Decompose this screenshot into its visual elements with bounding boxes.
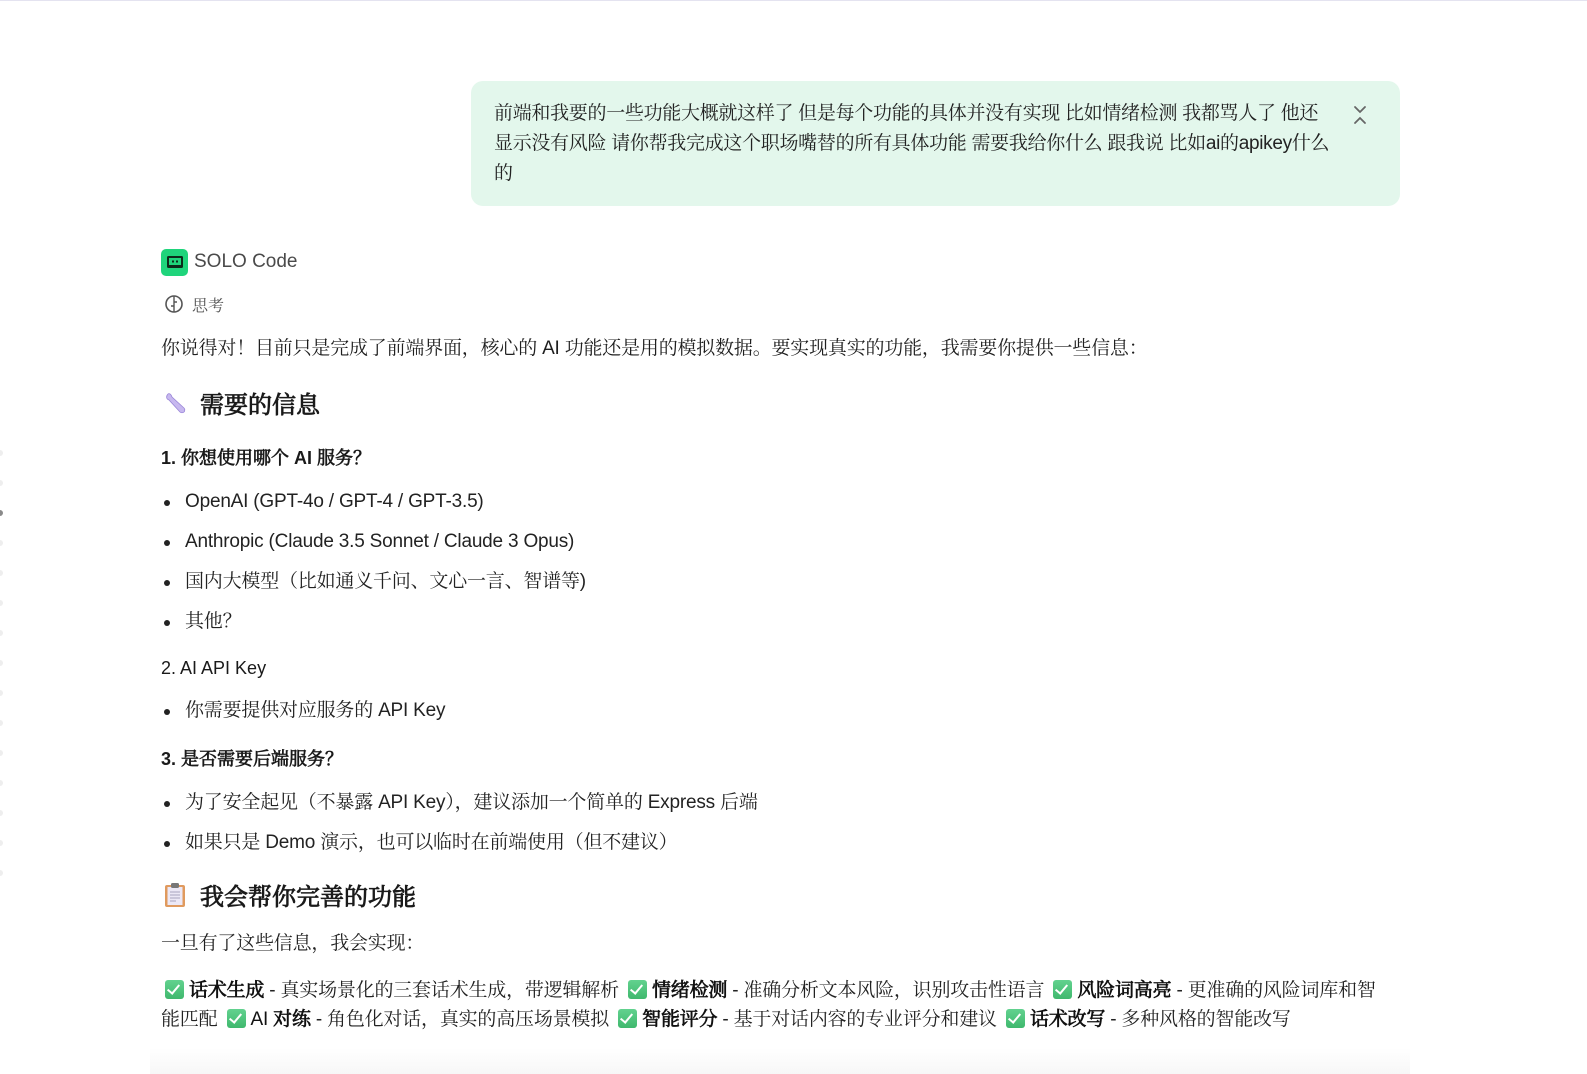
list-item: 其他？ bbox=[161, 608, 1401, 636]
timeline-dot[interactable] bbox=[0, 840, 3, 846]
user-message-bubble: 前端和我要的一些功能大概就这样了 但是每个功能的具体并没有实现 比如情绪检测 我… bbox=[471, 81, 1400, 206]
collapse-icon bbox=[1353, 105, 1367, 125]
timeline-dot[interactable] bbox=[0, 600, 3, 606]
feature-desc: - 基于对话内容的专业评分和建议 bbox=[717, 1009, 997, 1030]
feature-list: 话术生成 - 真实场景化的三套话术生成，带逻辑解析 情绪检测 - 准确分析文本风… bbox=[161, 976, 1386, 1034]
top-border bbox=[0, 0, 1587, 1]
timeline-dot[interactable] bbox=[0, 870, 3, 876]
list-item: OpenAI (GPT-4o / GPT-4 / GPT-3.5) bbox=[161, 488, 1401, 516]
agent-header: SOLO Code bbox=[161, 247, 1401, 277]
feature-name: 话术生成 bbox=[189, 980, 264, 1001]
feature-desc: - 准确分析文本风险，识别攻击性语言 bbox=[727, 980, 1044, 1001]
question-title: 1. 你想使用哪个 AI 服务？ bbox=[161, 444, 1401, 470]
list-item: Anthropic (Claude 3.5 Sonnet / Claude 3 … bbox=[161, 528, 1401, 556]
feature-name: AI 对练 bbox=[251, 1009, 311, 1030]
user-message-text: 前端和我要的一些功能大概就这样了 但是每个功能的具体并没有实现 比如情绪检测 我… bbox=[494, 99, 1330, 189]
question-title: 2. AI API Key bbox=[161, 658, 1401, 679]
timeline-dot[interactable] bbox=[0, 810, 3, 816]
clipboard-icon bbox=[161, 881, 189, 909]
section-heading: 我会帮你完善的功能 bbox=[161, 877, 1401, 912]
check-icon bbox=[227, 1009, 246, 1028]
feature-name-prefix: AI bbox=[251, 1009, 274, 1030]
timeline-dot[interactable] bbox=[0, 690, 3, 696]
list-item: 为了安全起见（不暴露 API Key），建议添加一个简单的 Express 后端 bbox=[161, 789, 1401, 817]
list-item: 你需要提供对应服务的 API Key bbox=[161, 697, 1401, 725]
bottom-fade bbox=[150, 1048, 1410, 1074]
list-item: 国内大模型（比如通义千问、文心一言、智谱等) bbox=[161, 568, 1401, 596]
agent-logo bbox=[161, 249, 188, 276]
assistant-message: SOLO Code 思考 你说得对！目前只是完成了前端界面，核心的 AI 功能还… bbox=[161, 247, 1401, 1034]
terminal-icon bbox=[166, 255, 184, 269]
timeline-dot-active[interactable] bbox=[0, 510, 3, 516]
thinking-label: 思考 bbox=[192, 293, 224, 316]
intro-text: 你说得对！目前只是完成了前端界面，核心的 AI 功能还是用的模拟数据。要实现真实… bbox=[161, 335, 1401, 363]
timeline-dot[interactable] bbox=[0, 540, 3, 546]
feature-name: 风险词高亮 bbox=[1077, 980, 1171, 1001]
check-icon bbox=[618, 1009, 637, 1028]
conversation-timeline[interactable] bbox=[0, 430, 4, 900]
feature-name: 情绪检测 bbox=[652, 980, 727, 1001]
timeline-dot[interactable] bbox=[0, 780, 3, 786]
wrench-icon bbox=[161, 389, 189, 417]
check-icon bbox=[628, 980, 647, 999]
timeline-dot[interactable] bbox=[0, 450, 3, 456]
brain-icon bbox=[164, 294, 184, 314]
timeline-dot[interactable] bbox=[0, 630, 3, 636]
bullet-list: 你需要提供对应服务的 API Key bbox=[161, 697, 1401, 725]
thinking-toggle[interactable]: 思考 bbox=[161, 293, 1401, 315]
section-title: 需要的信息 bbox=[200, 385, 320, 420]
feature-desc: - 真实场景化的三套话术生成，带逻辑解析 bbox=[264, 980, 619, 1001]
timeline-dot[interactable] bbox=[0, 660, 3, 666]
section-lead: 一旦有了这些信息，我会实现： bbox=[161, 930, 1401, 958]
bullet-list: OpenAI (GPT-4o / GPT-4 / GPT-3.5) Anthro… bbox=[161, 488, 1401, 636]
collapse-button[interactable] bbox=[1350, 103, 1370, 127]
feature-name: 智能评分 bbox=[642, 1009, 717, 1030]
feature-name: 话术改写 bbox=[1030, 1009, 1105, 1030]
timeline-dot[interactable] bbox=[0, 570, 3, 576]
section-title: 我会帮你完善的功能 bbox=[200, 877, 416, 912]
feature-desc: - 角色化对话，真实的高压场景模拟 bbox=[311, 1009, 609, 1030]
timeline-dot[interactable] bbox=[0, 720, 3, 726]
agent-name: SOLO Code bbox=[194, 251, 298, 273]
check-icon bbox=[1053, 980, 1072, 999]
feature-desc: - 多种风格的智能改写 bbox=[1105, 1009, 1291, 1030]
timeline-dot[interactable] bbox=[0, 480, 3, 486]
bullet-list: 为了安全起见（不暴露 API Key），建议添加一个简单的 Express 后端… bbox=[161, 789, 1401, 857]
section-heading: 需要的信息 bbox=[161, 385, 1401, 420]
check-icon bbox=[1006, 1009, 1025, 1028]
list-item: 如果只是 Demo 演示，也可以临时在前端使用（但不建议） bbox=[161, 829, 1401, 857]
check-icon bbox=[165, 980, 184, 999]
question-title: 3. 是否需要后端服务？ bbox=[161, 745, 1401, 771]
timeline-dot[interactable] bbox=[0, 750, 3, 756]
